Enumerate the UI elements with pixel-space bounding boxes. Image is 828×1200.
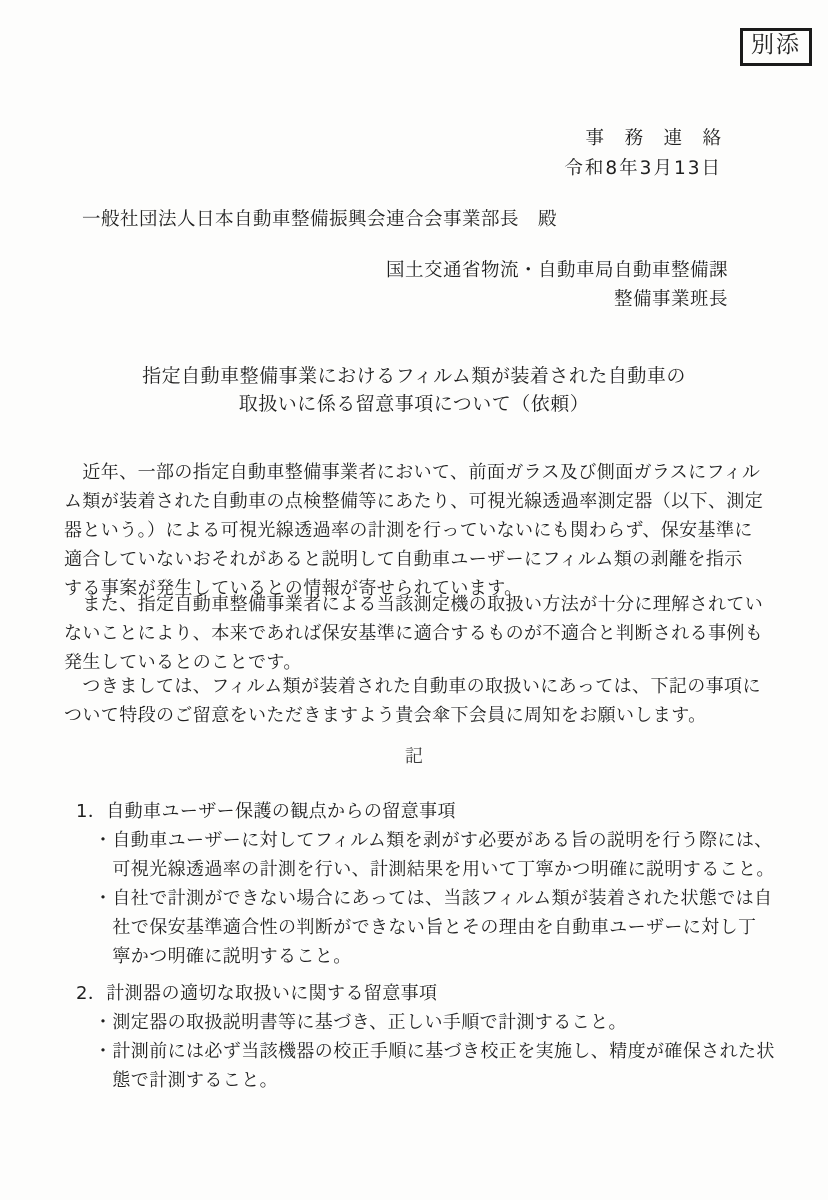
- addressee-line: 一般社団法人日本自動車整備振興会連合会事業部長 殿: [82, 205, 557, 231]
- ki-separator-label: 記: [0, 742, 828, 768]
- document-page: 別添 事 務 連 絡 令和8年3月13日 一般社団法人日本自動車整備振興会連合会…: [0, 0, 828, 1200]
- body-paragraph-1: 近年、一部の指定自動車整備事業者において、前面ガラス及び側面ガラスにフィル ム類…: [64, 458, 774, 603]
- sender-organization: 国土交通省物流・自動車局自動車整備課: [386, 256, 728, 285]
- body-paragraph-3: つきましては、フィルム類が装着された自動車の取扱いにあっては、下記の事項に つい…: [64, 672, 774, 730]
- section-1-heading: 1．自動車ユーザー保護の観点からの留意事項: [76, 797, 456, 823]
- sender-title: 整備事業班長: [386, 285, 728, 314]
- doc-date: 令和8年3月13日: [564, 154, 722, 184]
- document-header: 事 務 連 絡 令和8年3月13日: [564, 124, 722, 184]
- section-2-heading: 2．計測器の適切な取扱いに関する留意事項: [76, 979, 437, 1005]
- doc-type-label: 事 務 連 絡: [564, 124, 722, 154]
- document-title: 指定自動車整備事業におけるフィルム類が装着された自動車の 取扱いに係る留意事項に…: [0, 362, 828, 418]
- section-2-items: ・測定器の取扱説明書等に基づき、正しい手順で計測すること。 ・計測前には必ず当該…: [94, 1008, 784, 1095]
- section-1-items: ・自動車ユーザーに対してフィルム類を剥がす必要がある旨の説明を行う際には、 可視…: [94, 826, 784, 971]
- attachment-tag-box: 別添: [740, 28, 812, 66]
- body-paragraph-2: また、指定自動車整備事業者による当該測定機の取扱い方法が十分に理解されてい ない…: [64, 590, 774, 677]
- sender-block: 国土交通省物流・自動車局自動車整備課 整備事業班長: [386, 256, 728, 314]
- attachment-tag-label: 別添: [751, 32, 801, 58]
